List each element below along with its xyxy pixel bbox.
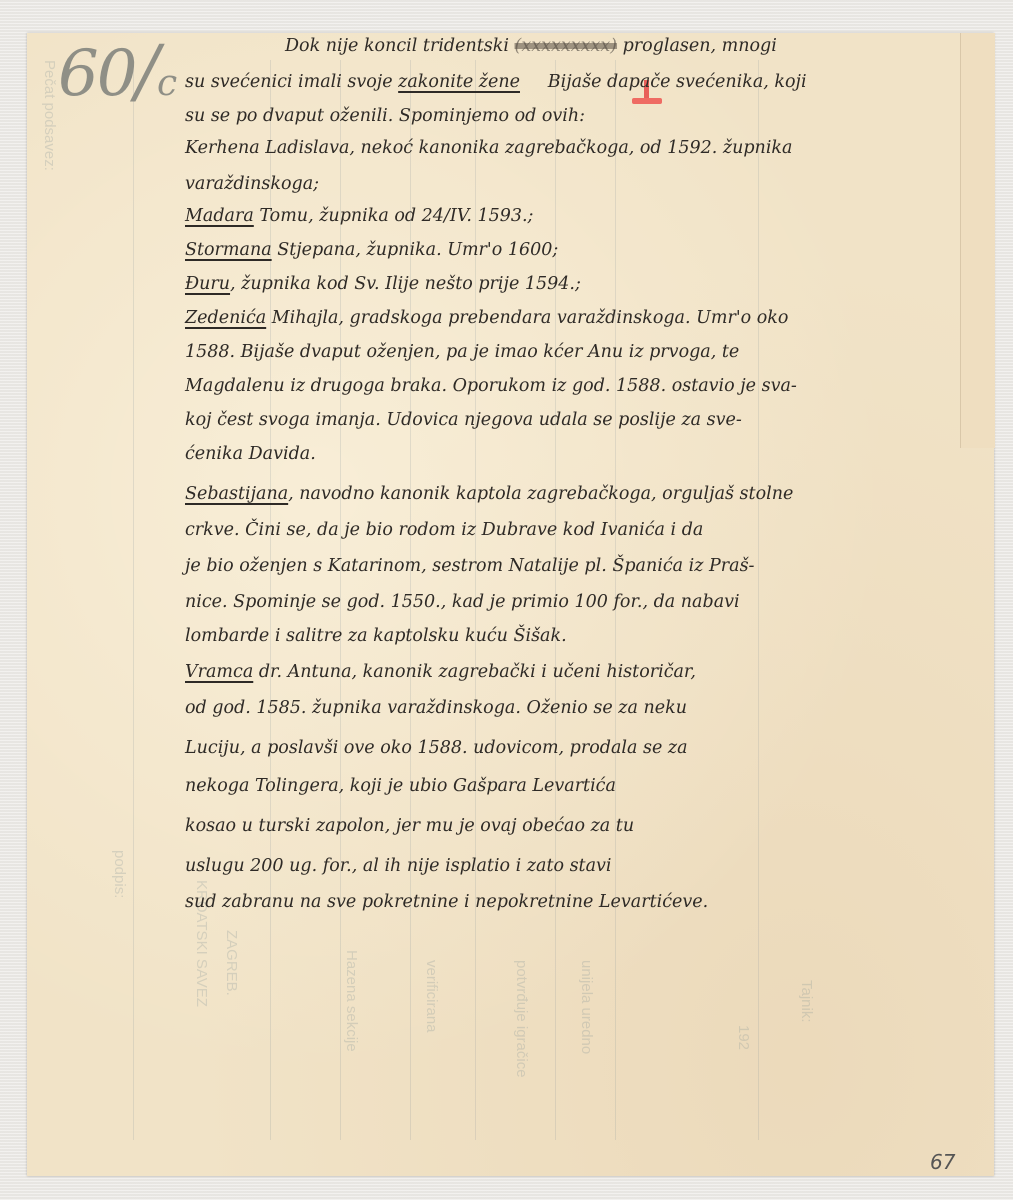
text-line: varaždinskoga;: [185, 174, 319, 194]
text-line: crkve. Čini se, da je bio rodom iz Dubra…: [185, 520, 703, 540]
text-line: uslugu 200 ug. for., al ih nije isplatio…: [185, 856, 612, 876]
bleed-through-text: unijela uredno: [578, 960, 595, 1054]
text-segment: od god. 1585. župnika varaždinskoga. Ože…: [185, 698, 687, 718]
text-line: od god. 1585. župnika varaždinskoga. Ože…: [185, 698, 687, 718]
folio-letter: c: [157, 63, 175, 104]
text-segment: crkve. Čini se, da je bio rodom iz Dubra…: [185, 520, 703, 540]
text-line: Stormana Stjepana, župnika. Umr'o 1600;: [185, 240, 558, 260]
folio-mark: 60/c: [58, 30, 175, 112]
text-line: Sebastijana, navodno kanonik kaptola zag…: [185, 484, 793, 504]
text-segment: koj čest svoga imanja. Udovica njegova u…: [185, 410, 742, 430]
text-segment: Bijaše dapače svećenika, koji: [520, 72, 807, 92]
bleed-through-text: potvrđuje igračice: [513, 960, 530, 1078]
text-line: Luciju, a poslavši ove oko 1588. udovico…: [185, 738, 688, 758]
text-segment: 1588. Bijaše dvaput oženjen, pa je imao …: [185, 342, 739, 362]
underlined-name: Đuru: [185, 274, 230, 294]
page-number: 67: [930, 1150, 955, 1174]
underlined-name: Vramca: [185, 662, 253, 682]
text-line: Magdalenu iz drugoga braka. Oporukom iz …: [185, 376, 797, 396]
text-line: Đuru, župnika kod Sv. Ilije nešto prije …: [185, 274, 581, 294]
text-segment: nice. Spominje se god. 1550., kad je pri…: [185, 592, 740, 612]
text-line: nice. Spominje se god. 1550., kad je pri…: [185, 592, 740, 612]
text-line: Madara Tomu, župnika od 24/IV. 1593.;: [185, 206, 533, 226]
text-line: je bio oženjen s Katarinom, sestrom Nata…: [185, 556, 754, 576]
text-segment: sud zabranu na sve pokretnine i nepokret…: [185, 892, 708, 912]
text-line: lombarde i salitre za kaptolsku kuću Šiš…: [185, 626, 567, 646]
folio-slash: /: [135, 30, 157, 112]
text-segment: varaždinskoga;: [185, 174, 319, 194]
text-segment: je bio oženjen s Katarinom, sestrom Nata…: [185, 556, 754, 576]
text-segment: Magdalenu iz drugoga braka. Oporukom iz …: [185, 376, 797, 396]
text-segment: Mihajla, gradskoga prebendara varaždinsk…: [266, 308, 788, 328]
text-line: ćenika Davida.: [185, 444, 316, 464]
bleed-through-text: ZAGREB.: [223, 930, 240, 996]
struck-out-word: (xxxxxxxxx): [515, 36, 617, 56]
text-line: 1588. Bijaše dvaput oženjen, pa je imao …: [185, 342, 739, 362]
text-segment: proglasen, mnogi: [617, 36, 777, 56]
text-segment: Kerhena Ladislava, nekoć kanonika zagreb…: [185, 138, 792, 158]
bleed-through-rule: [758, 60, 759, 1140]
text-line: Kerhena Ladislava, nekoć kanonika zagreb…: [185, 138, 792, 158]
text-line: sud zabranu na sve pokretnine i nepokret…: [185, 892, 708, 912]
text-segment: ćenika Davida.: [185, 444, 316, 464]
text-segment: Stjepana, župnika. Umr'o 1600;: [272, 240, 559, 260]
text-segment: lombarde i salitre za kaptolsku kuću Šiš…: [185, 626, 567, 646]
folded-page-edge: [960, 33, 995, 448]
underlined-name: Stormana: [185, 240, 272, 260]
text-segment: su svećenici imali svoje: [185, 72, 398, 92]
bleed-through-text: Tajnik:: [798, 980, 815, 1023]
text-line: koj čest svoga imanja. Udovica njegova u…: [185, 410, 742, 430]
bleed-through-text: Hazena sekcije: [343, 950, 360, 1052]
bleed-through-text: podpis:: [111, 850, 128, 898]
bleed-through-text: verificirana: [423, 960, 440, 1033]
underlined-name: Zedenića: [185, 308, 266, 328]
bleed-through-text: Pečat podsavez:: [41, 60, 58, 171]
text-segment: su se po dvaput oženili. Spominjemo od o…: [185, 106, 585, 126]
text-segment: uslugu 200 ug. for., al ih nije isplatio…: [185, 856, 612, 876]
text-line: Vramca dr. Antuna, kanonik zagrebački i …: [185, 662, 696, 682]
text-segment: , župnika kod Sv. Ilije nešto prije 1594…: [230, 274, 581, 294]
text-segment: nekoga Tolingera, koji je ubio Gašpara L…: [185, 776, 616, 796]
underlined-name: Madara: [185, 206, 254, 226]
text-line: su svećenici imali svoje zakonite žene B…: [185, 72, 807, 92]
text-segment: kosao u turski zapolon, jer mu je ovaj o…: [185, 816, 634, 836]
text-segment: , navodno kanonik kaptola zagrebačkoga, …: [288, 484, 793, 504]
text-segment: dr. Antuna, kanonik zagrebački i učeni h…: [253, 662, 696, 682]
text-line: Zedenića Mihajla, gradskoga prebendara v…: [185, 308, 788, 328]
text-line: su se po dvaput oženili. Spominjemo od o…: [185, 106, 585, 126]
bleed-through-text: 192: [735, 1025, 752, 1050]
text-segment: Tomu, župnika od 24/IV. 1593.;: [254, 206, 534, 226]
underlined-name: Sebastijana: [185, 484, 288, 504]
text-line: Dok nije koncil tridentski (xxxxxxxxx) p…: [285, 36, 777, 56]
bleed-through-rule: [133, 60, 134, 1140]
text-line: nekoga Tolingera, koji je ubio Gašpara L…: [185, 776, 616, 796]
text-segment: Luciju, a poslavši ove oko 1588. udovico…: [185, 738, 688, 758]
underlined-term: zakonite žene: [398, 72, 520, 92]
text-line: kosao u turski zapolon, jer mu je ovaj o…: [185, 816, 634, 836]
folio-number: 60: [58, 37, 135, 111]
text-segment: Dok nije koncil tridentski: [285, 36, 515, 56]
